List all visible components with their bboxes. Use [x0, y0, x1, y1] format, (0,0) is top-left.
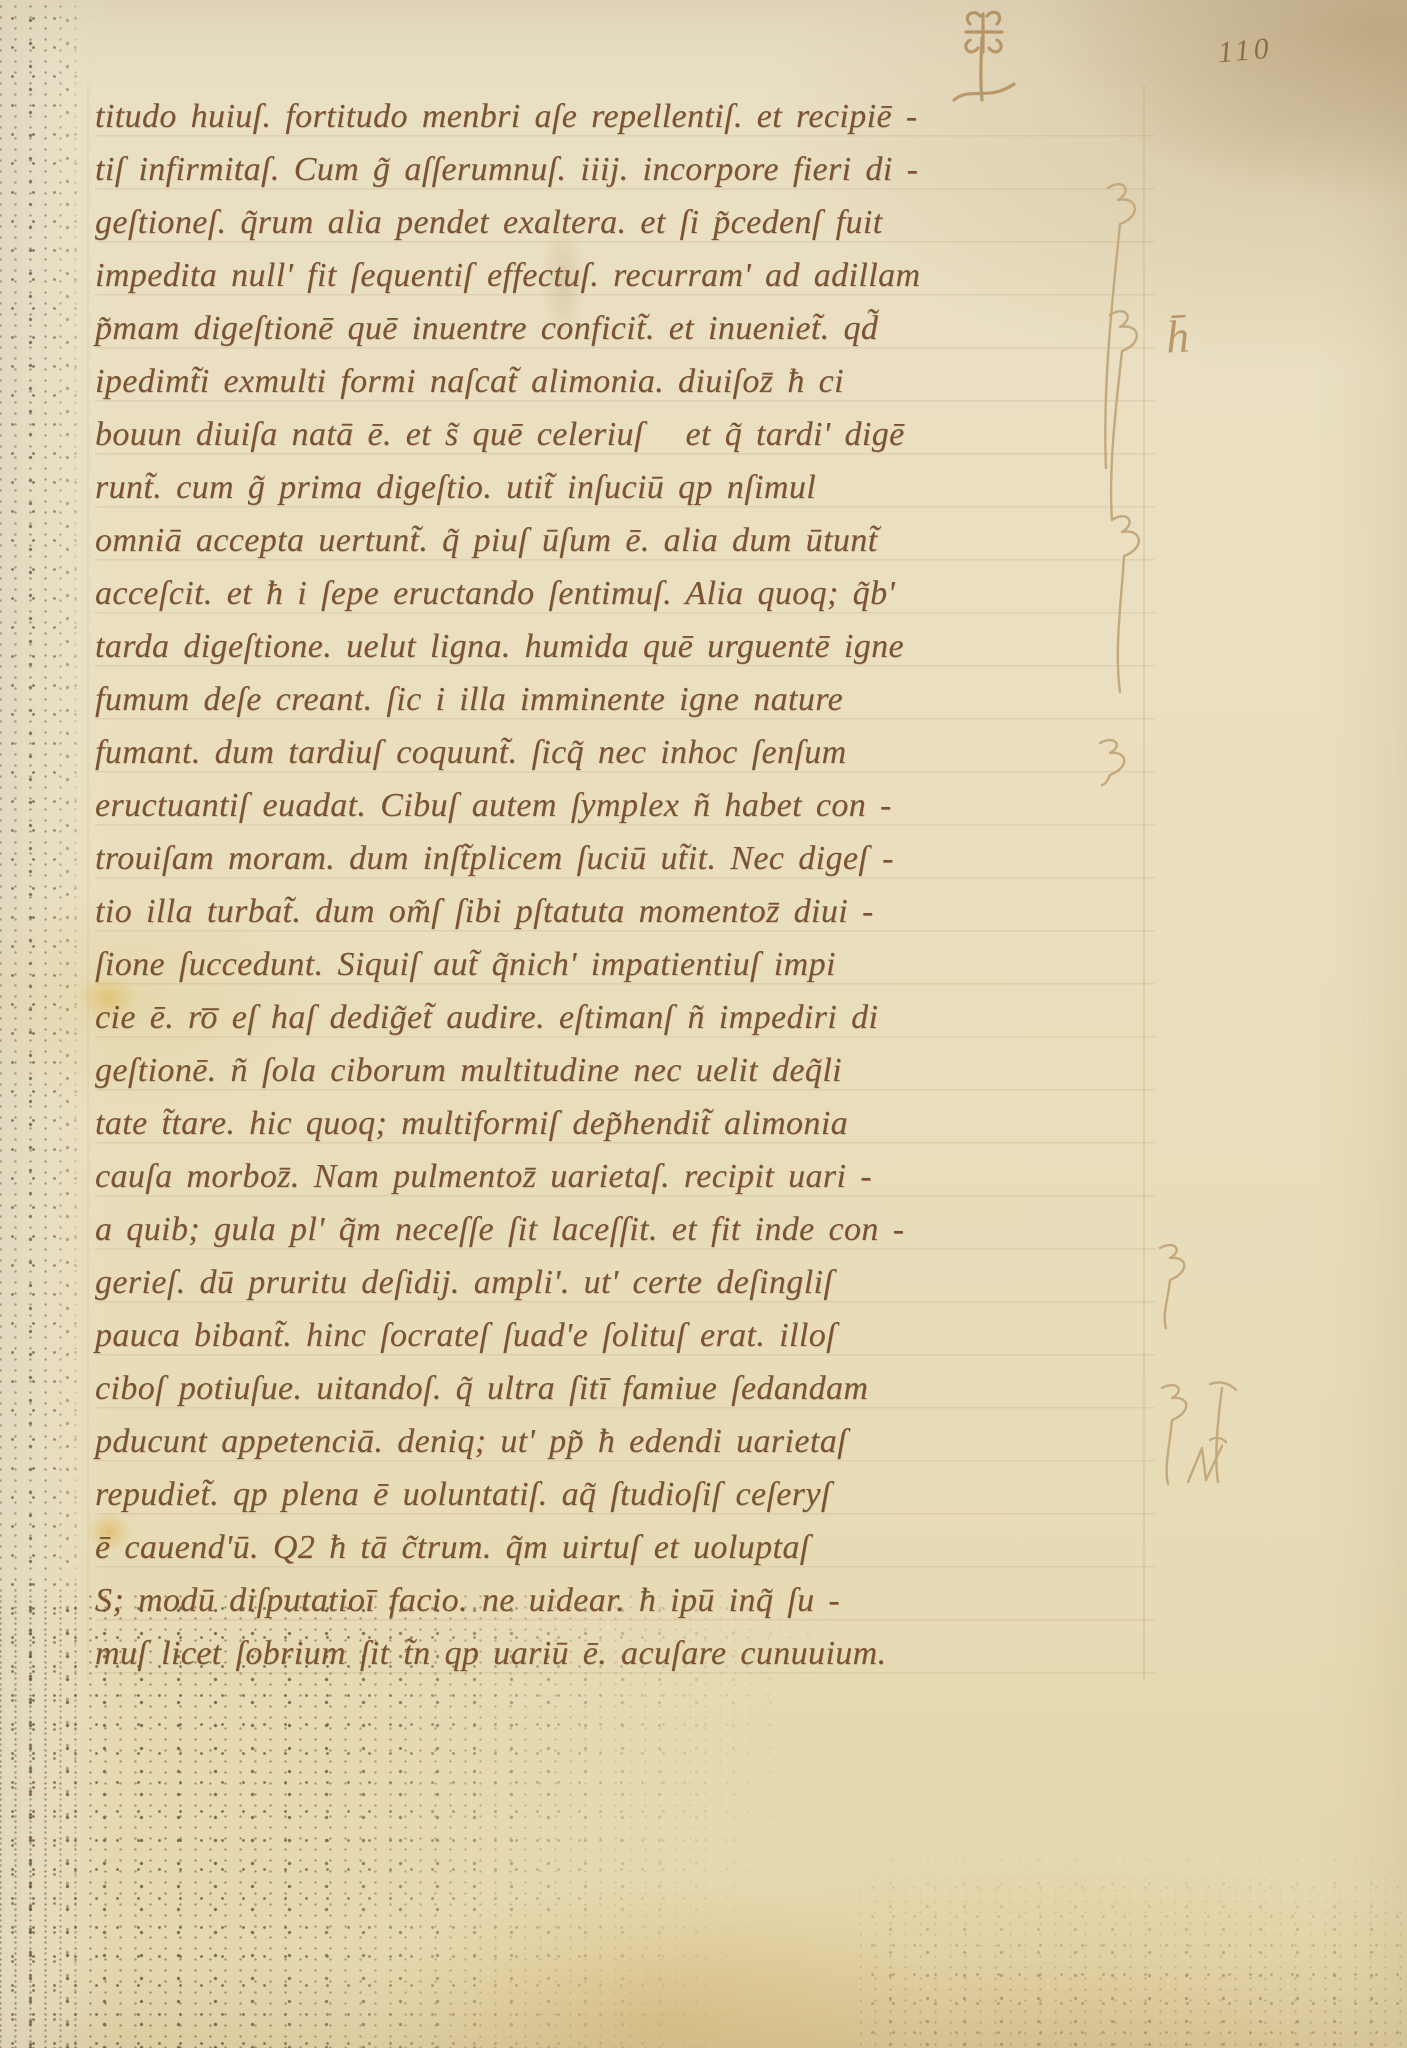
text-line: repudiet̃. qp plena ē uoluntatiſ. aq̃ ſt… — [95, 1468, 1155, 1521]
text-line: trouiſam moram. dum inſt̃plicem ſuciū ut… — [95, 832, 1155, 885]
margin-letter: h̄ — [1165, 309, 1191, 363]
text-line: fumant. dum tardiuſ coquunt̃. ſicq̃ nec … — [95, 726, 1155, 779]
text-line: titudo huiuſ. fortitudo menbri aſe repel… — [95, 90, 1155, 143]
margin-squiggle-pair-icon — [1148, 1378, 1244, 1493]
text-line: cie ē. ro̅ eſ haſ dedig̃et̃ audire. eſti… — [95, 991, 1155, 1044]
parchment-speckles-bottom-right — [860, 1840, 1407, 2048]
text-line: a quib; gula pl' q̃m neceſſe ſit laceſſi… — [95, 1203, 1155, 1256]
text-line: impedita null' fit ſequentiſ effectuſ. r… — [95, 249, 1155, 302]
text-line: ſione ſuccedunt. Siquiſ aut̃ q̃nich' imp… — [95, 938, 1155, 991]
text-line: ipedimt̃i exmulti formi naſcat̃ alimonia… — [95, 355, 1155, 408]
text-line: S; modū diſputatioī facio. ne uidear. ħ … — [95, 1574, 1155, 1627]
ruling-line-left — [87, 85, 89, 1680]
text-line: tio illa turbat̃. dum om̃ſ ſibi pſtatuta… — [95, 885, 1155, 938]
manuscript-page: 110 titudo huiuſ. fortitudo menbri aſe r… — [0, 0, 1407, 2048]
text-line: runt̃. cum g̃ prima digeſtio. utit̃ inſu… — [95, 461, 1155, 514]
text-line: geſtionē. ñ ſola ciborum multitudine nec… — [95, 1044, 1155, 1097]
text-line: tiſ infirmitaſ. Cum g̃ aſſerumnuſ. iiij.… — [95, 143, 1155, 196]
margin-squiggle-icon — [1146, 1240, 1206, 1335]
folio-number: 110 — [1217, 32, 1275, 71]
text-line: ē cauend'ū. Q2 ħ tā c̃trum. q̃m uirtuſ e… — [95, 1521, 1155, 1574]
text-line: cauſa morboz̄. Nam pulmentoz̄ uarietaſ. … — [95, 1150, 1155, 1203]
text-line: acceſcit. et ħ i ſepe eructando ſentimuſ… — [95, 567, 1155, 620]
text-line: omniā accepta uertunt̃. q̃ piuſ ūſum ē. … — [95, 514, 1155, 567]
text-line: geſtioneſ. q̃rum alia pendet exaltera. e… — [95, 196, 1155, 249]
text-line: gerieſ. dū pruritu deſidij. ampli'. ut' … — [95, 1256, 1155, 1309]
text-line: tarda digeſtione. uelut ligna. humida qu… — [95, 620, 1155, 673]
text-line: eructuantiſ euadat. Cibuſ autem ſymplex … — [95, 779, 1155, 832]
text-block: titudo huiuſ. fortitudo menbri aſe repel… — [95, 90, 1155, 1680]
margin-zigzag-icon — [1182, 1436, 1242, 1494]
text-line: p̃mam digeſtionē quē inuentre conficit̃.… — [95, 302, 1155, 355]
text-line: bouun diuiſa natā ē. et s̃ quē celeriuſ … — [95, 408, 1155, 461]
text-line: pducunt appetenciā. deniq; ut' pp̃ ħ ede… — [95, 1415, 1155, 1468]
text-line: tate t̃tare. hic quoq; multiformiſ dep̃h… — [95, 1097, 1155, 1150]
text-line: ciboſ potiuſue. uitandoſ. q̃ ultra ſitī … — [95, 1362, 1155, 1415]
text-line: muſ licet ſobrium ſit t̃n qp uariū ē. ac… — [95, 1627, 1155, 1680]
parchment-speckles-left — [0, 0, 95, 2048]
text-line: fumum deſe creant. ſic i illa imminente … — [95, 673, 1155, 726]
text-line: pauca bibant̃. hinc ſocrateſ ſuad'e ſoli… — [95, 1309, 1155, 1362]
